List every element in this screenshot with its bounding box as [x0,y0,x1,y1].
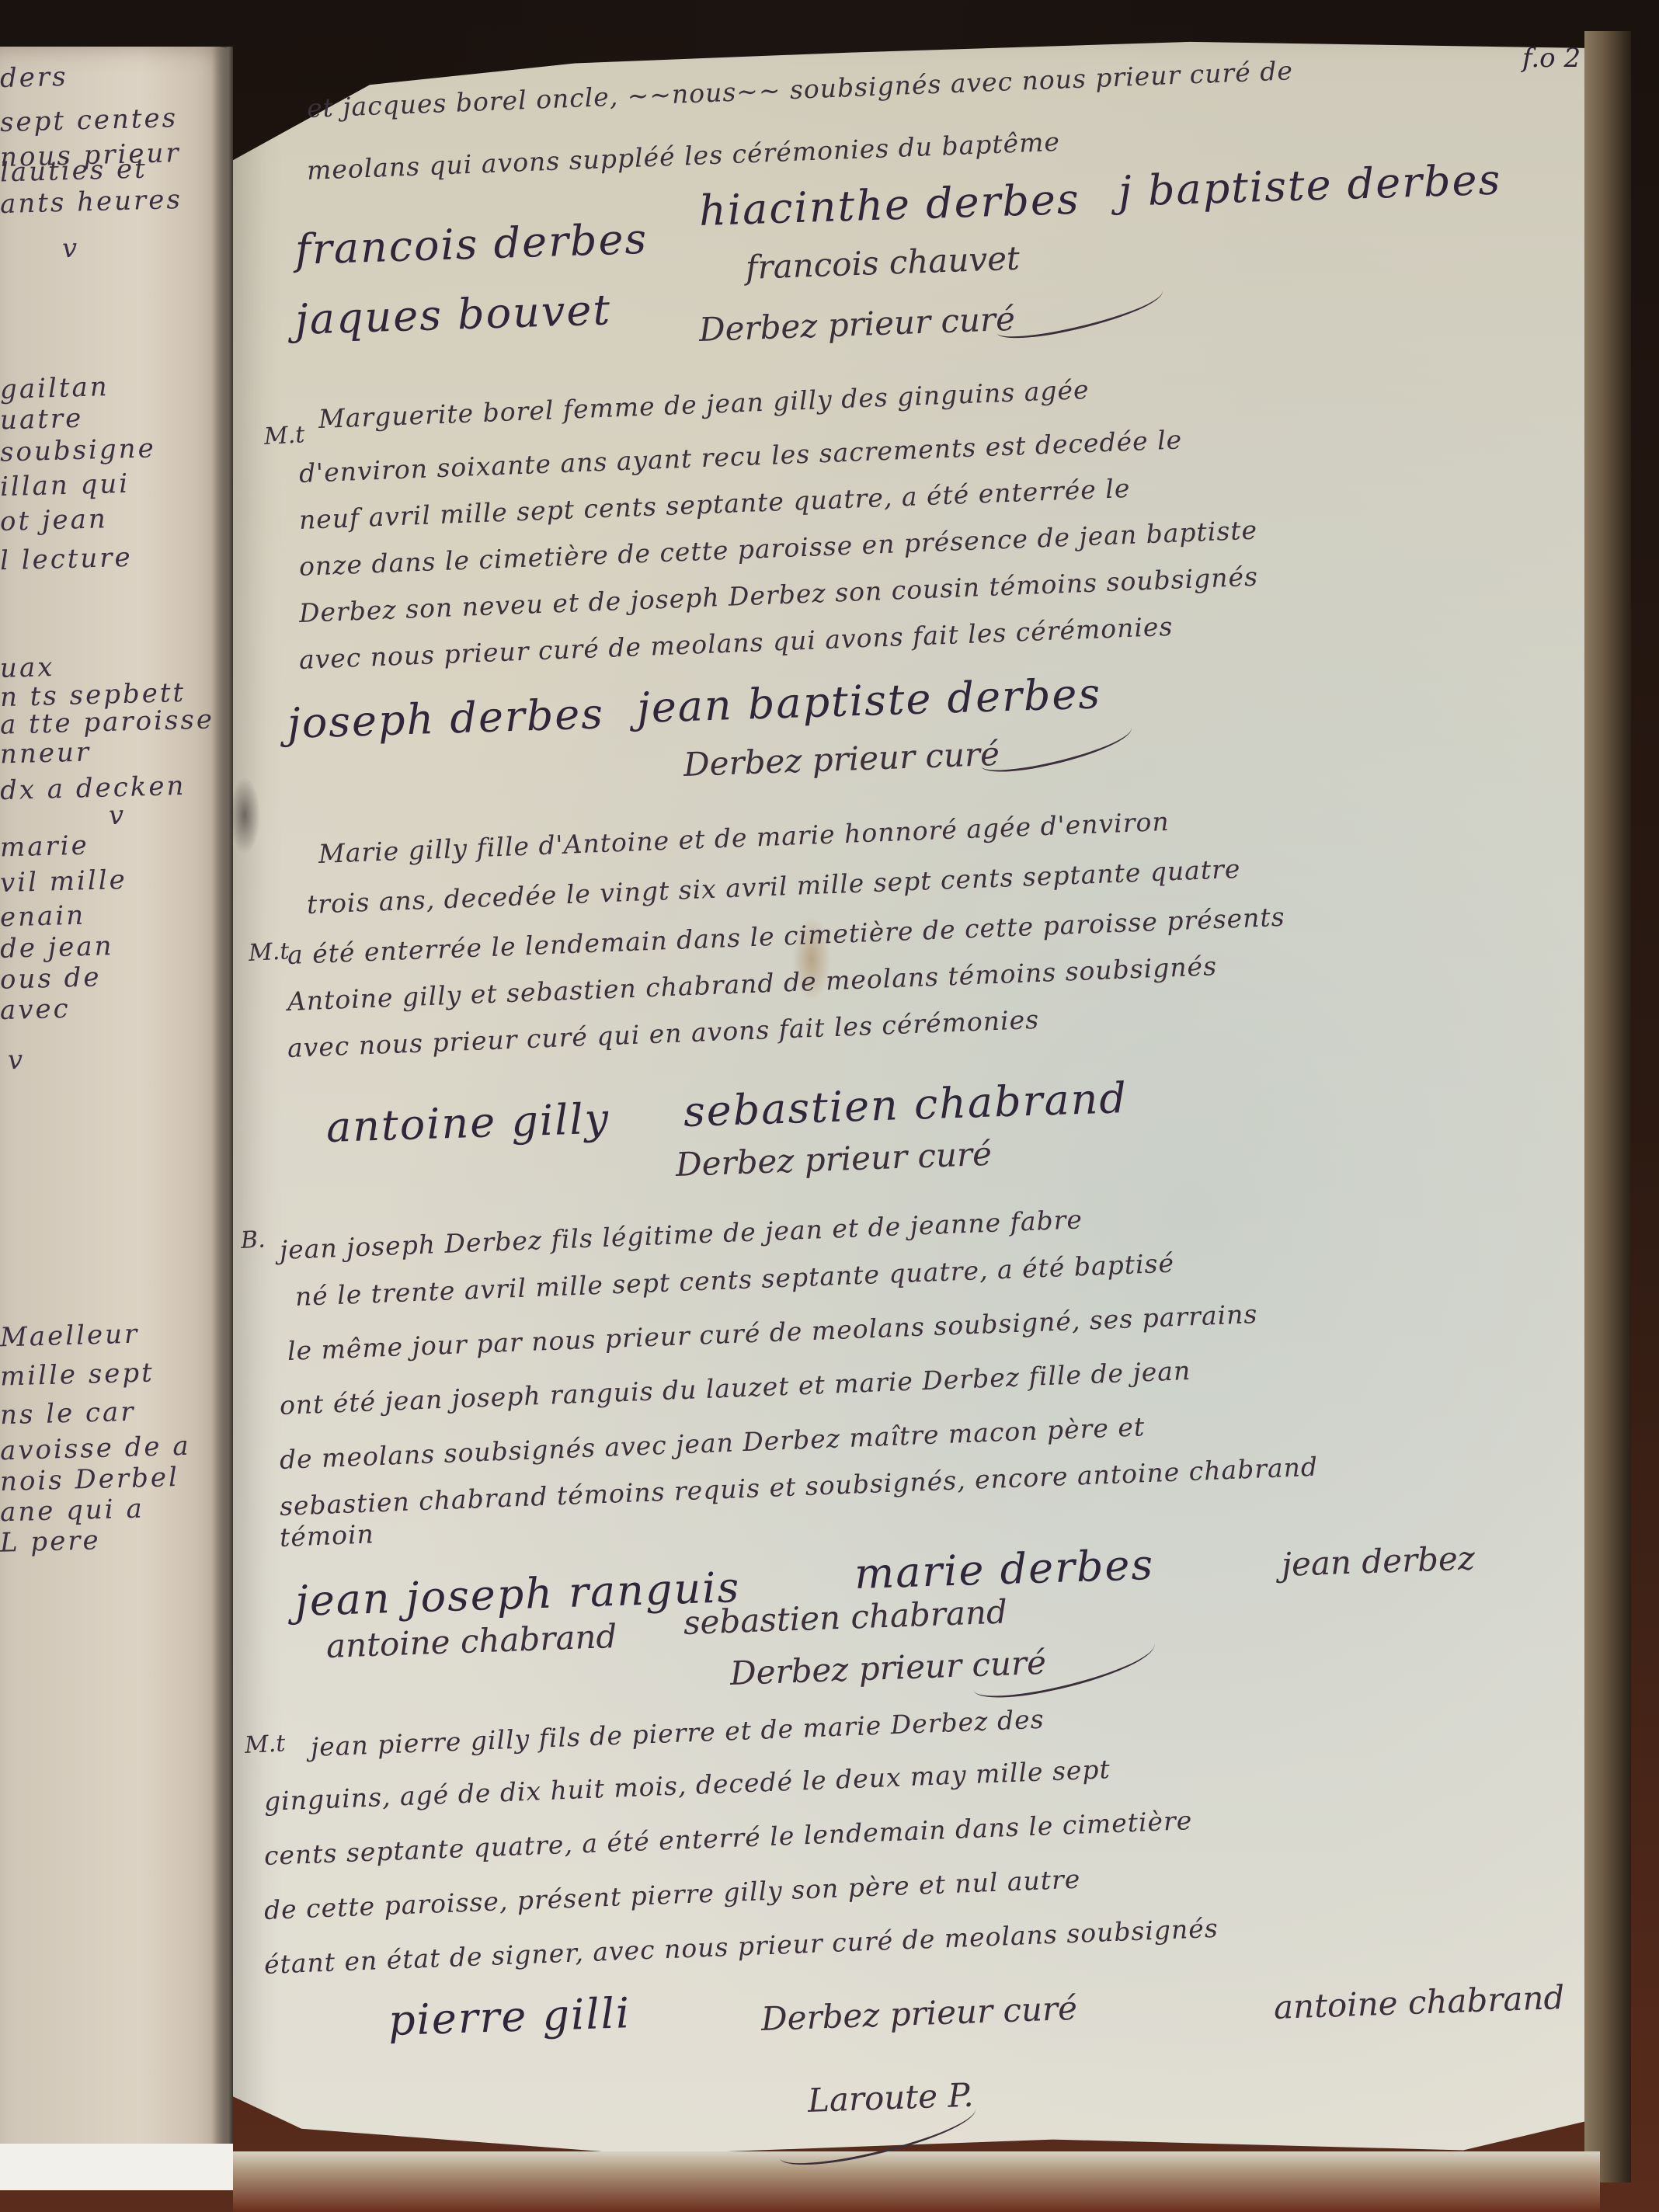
signature: jean derbez [1281,1539,1476,1584]
left-fragment: lauties et [0,154,148,189]
left-fragment: mille sept [0,1357,155,1392]
signature: joseph derbes [287,689,605,748]
margin-mark-deces: M.t [248,937,290,967]
left-fragment: enain [0,900,86,934]
left-fragment: de jean [0,930,114,965]
left-fragment: uax [0,652,55,684]
left-page: ders sept centes nous prieur lauties et … [0,47,233,2175]
left-fragment: avoisse de a [0,1431,191,1466]
signature: jaques bouvet [294,285,612,344]
left-fragment: nneur [0,736,92,770]
left-fragment: nois Derbel [0,1462,179,1497]
left-fragment: ants heures [0,184,183,220]
left-fragment: l lecture [0,542,133,576]
left-fragment: ders [0,61,68,94]
left-fragment: uatre [0,403,84,436]
page-edge [1584,31,1631,2182]
left-fragment: illan qui [0,468,130,503]
page-bottom-edge [233,2151,1600,2212]
left-fragment: v [7,1045,25,1076]
ink-smudge [229,777,260,854]
left-fragment: dx a decken [0,770,186,806]
left-fragment: ane qui a [0,1494,144,1529]
entry-4-line: témoin [279,1518,374,1553]
left-fragment: L pere [0,1525,101,1558]
margin-mark-deces: M.t [263,421,305,450]
left-fragment: ot jean [0,503,108,537]
margin-mark-deces: M.t [244,1730,286,1759]
signature: pierre gilli [388,1988,631,2045]
left-fragment: gailtan [0,371,110,405]
left-fragment: soubsigne [0,433,156,468]
left-fragment: Maelleur [0,1319,140,1354]
left-fragment: ns le car [0,1396,136,1431]
margin-mark-bapteme: B. [240,1226,266,1254]
paper-fold [0,2144,233,2190]
gutter-shadow [211,47,233,2175]
signature: antoine gilly [325,1094,610,1152]
left-fragment: avec [0,993,71,1026]
left-fragment: sept centes [0,103,179,138]
left-fragment: vil mille [0,864,127,899]
left-fragment: ous de [0,962,102,995]
left-fragment: marie [0,830,89,864]
signature: marie derbes [854,1540,1155,1598]
left-fragment: v [61,233,79,265]
folio-number: f.o 2 [1522,43,1581,74]
left-fragment: v [108,800,126,832]
left-fragment: a tte paroisse [0,704,214,740]
